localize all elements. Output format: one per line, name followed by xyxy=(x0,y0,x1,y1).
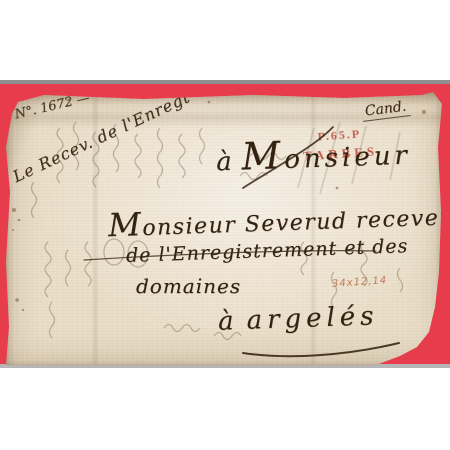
letter-photograph: N°. 1672 — Le Recev. de l'Enregt Cand. P… xyxy=(0,0,450,450)
ink-flourishes xyxy=(4,92,446,365)
destination-underline-flourish xyxy=(243,343,399,356)
address-line2-cross-stroke xyxy=(84,251,376,260)
letter-paper: N°. 1672 — Le Recev. de l'Enregt Cand. P… xyxy=(4,92,446,365)
salutation-m-upstroke xyxy=(243,127,333,188)
